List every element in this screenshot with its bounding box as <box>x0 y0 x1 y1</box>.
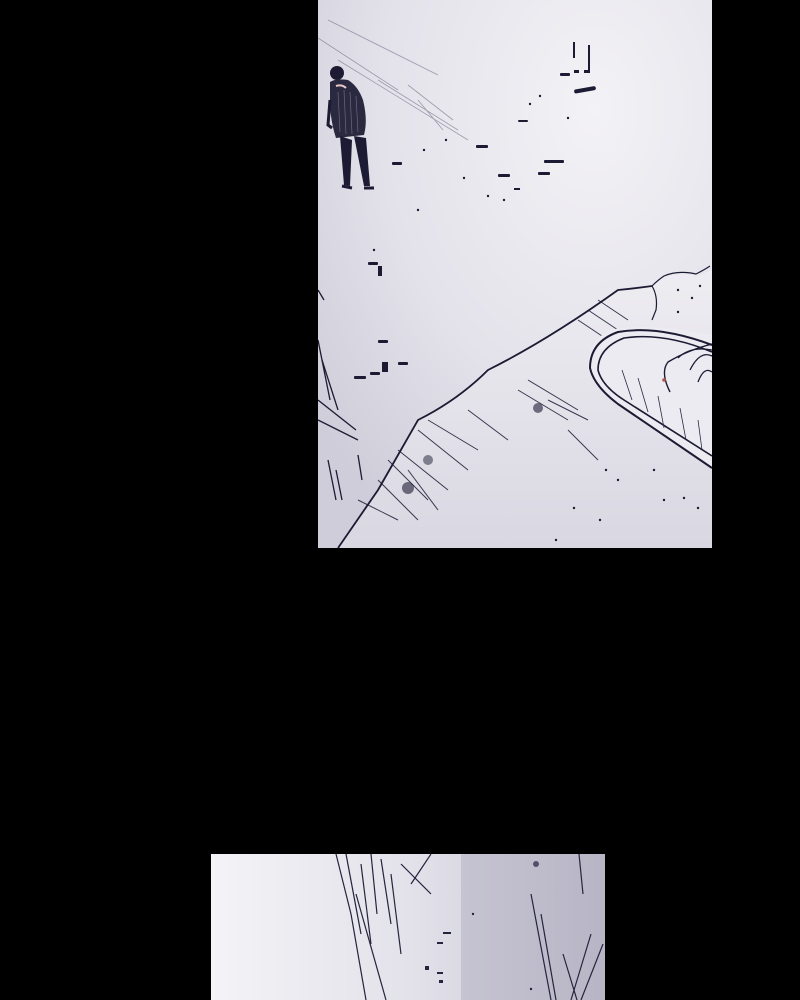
shaded-gully <box>461 854 605 1000</box>
comic-panel-slope <box>211 854 605 1000</box>
slope-illustration <box>211 854 605 1000</box>
comic-panel-snow-walk <box>318 0 712 548</box>
snow-walk-illustration <box>318 0 712 548</box>
